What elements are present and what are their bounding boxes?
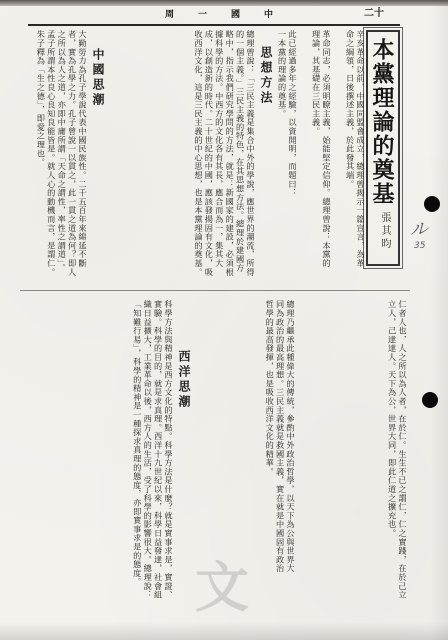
header-rule: [28, 24, 400, 26]
running-head-char: 一: [198, 7, 209, 20]
section-text-western-thought: 科學方法與精神是西方文化的特點。科學方法是什麼？就是實事求是，實證、實驗。科學的…: [20, 300, 174, 600]
intro-text-block-2: 革命同志，必須明瞭主義，始能堅定信仰。總理曾說：本黨的理論，其基礎在三民主義。: [298, 30, 332, 270]
lower-center-text: 總理乃繼承此種偉大的傳統，參酌中外政治哲學，以天下為公與世界大同為政治的最高理想…: [196, 300, 296, 580]
handwritten-mark: ル: [410, 219, 428, 240]
newspaper-page: 周 一 國 中 二十 本黨理論的奠基 張其昀 辛亥革命以前，中國同盟會成立，總理…: [0, 0, 448, 640]
watermark: 文: [195, 545, 255, 622]
page-number: 二十: [364, 4, 384, 19]
section-text-thought-method: 總理曾說：「三民主義是集合中外的學說，應世界的潮流，所得的一個主義。」三民主義的…: [138, 30, 256, 280]
handwritten-annotation: ル 35: [410, 215, 428, 251]
punch-hole-icon: [422, 392, 438, 408]
intro-text-block-1: 辛亥革命以前，中國同盟會成立，總理曾揭示一篇宣言，為革命之綱領，日後撰述主義，於…: [332, 30, 366, 270]
section-heading-chinese-thought: 中國思潮: [90, 48, 107, 118]
article-author: 張其昀: [378, 212, 392, 262]
section-text-chinese-thought: 大勤勞力為孔子學說代表中國民族性。二千五百年來綿延不斷者，實為孔學之力。孔子曾說…: [18, 30, 88, 280]
punch-hole-icon: [424, 196, 440, 212]
article-title: 本黨理論的奠基: [370, 38, 394, 228]
section-heading-thought-method: 思想方法: [258, 46, 275, 116]
section-heading-western-thought: 西洋思潮: [176, 350, 193, 420]
running-head-char: 周: [165, 7, 176, 20]
mid-divider: [20, 290, 410, 291]
scan-bottom-edge: [0, 622, 448, 640]
running-head: 周 一 國 中: [165, 7, 275, 20]
running-head-char: 國: [231, 7, 242, 20]
handwritten-number: 35: [414, 241, 428, 251]
running-head-char: 中: [264, 7, 275, 20]
intro-text-block-3: 此已經過多年之經驗，以資開明，而題曰：一本黨的理論的奠基。: [276, 30, 298, 205]
lower-right-text: 仁者人也，人之所以為人者，在於仁。生生不已之謂仁，仁之實踐，在於己立立人，己達達…: [300, 300, 408, 600]
scan-side-shadow: [430, 0, 448, 640]
